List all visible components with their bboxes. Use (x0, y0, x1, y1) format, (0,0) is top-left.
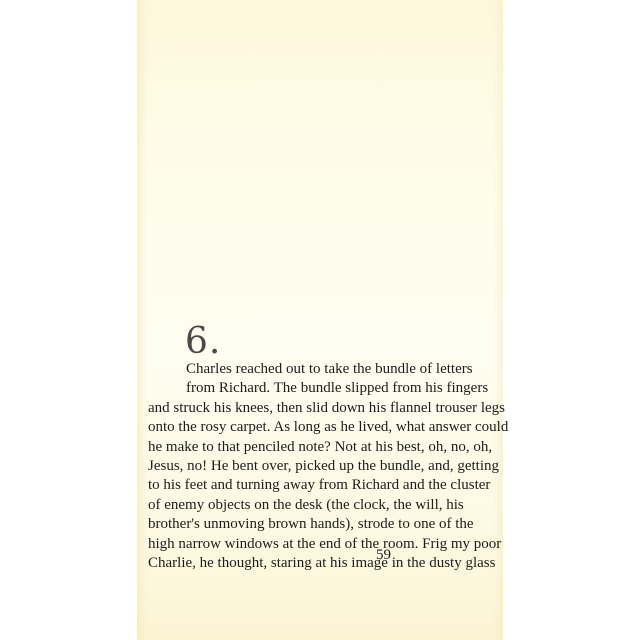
text-line: brother's unmoving brown hands), strode … (148, 515, 456, 534)
text-line: he make to that penciled note? Not at hi… (148, 438, 456, 457)
text-line: Jesus, no! He bent over, picked up the b… (148, 457, 456, 476)
chapter-number: 6. (185, 322, 221, 362)
chapter-body-text: Charles reached out to take the bundle o… (148, 360, 456, 573)
text-line: to his feet and turning away from Richar… (148, 476, 456, 495)
text-line: Charles reached out to take the bundle o… (186, 360, 456, 379)
scan-background: 6. Charles reached out to take the bundl… (0, 0, 640, 640)
text-line: and struck his knees, then slid down his… (148, 399, 456, 418)
text-line: high narrow windows at the end of the ro… (148, 535, 456, 554)
text-line: Charlie, he thought, staring at his imag… (148, 554, 456, 573)
page-number: 59 (376, 547, 391, 564)
text-line: onto the rosy carpet. As long as he live… (148, 418, 456, 437)
text-line: of enemy objects on the desk (the clock,… (148, 496, 456, 515)
text-line: from Richard. The bundle slipped from hi… (186, 379, 456, 398)
